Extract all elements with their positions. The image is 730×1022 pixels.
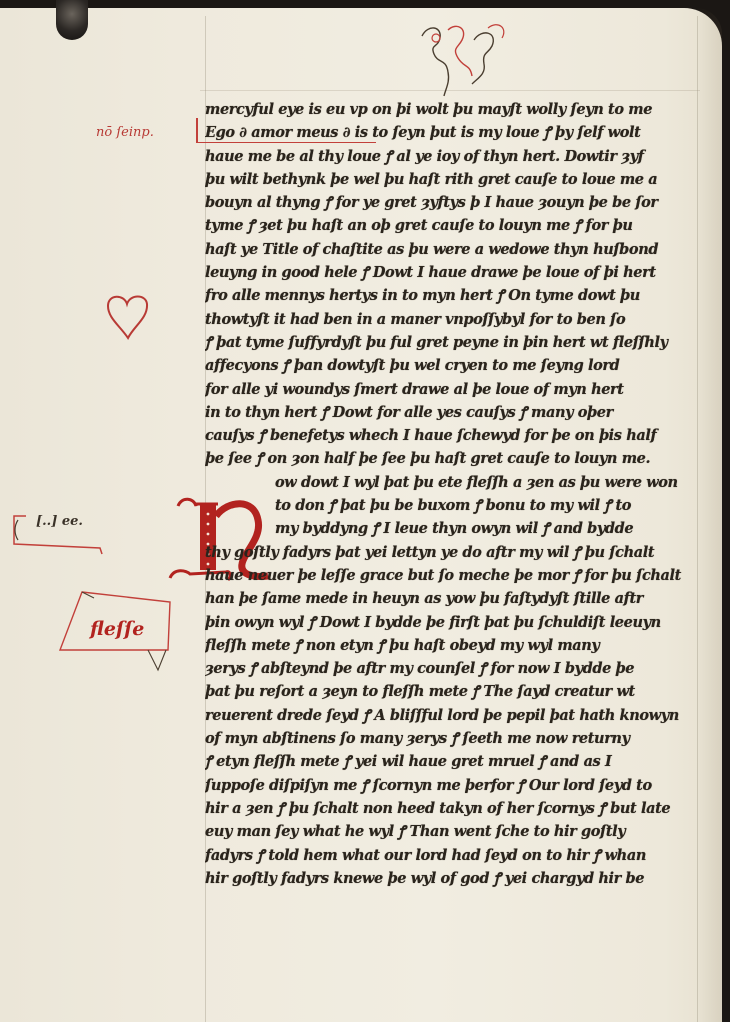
text-line: Ego ∂ amor meus ∂ is to ſeyn þut is my l… xyxy=(205,121,705,144)
heart-icon xyxy=(102,290,152,342)
text-line: for alle yi woundys ſmert drawe al þe lo… xyxy=(205,378,705,401)
main-text-column: mercyful eye is eu vp on þi wolt þu mayſ… xyxy=(205,98,705,890)
text-line: reuerent drede ſeyd ꝭ A bliſſful lord þe… xyxy=(205,704,705,727)
text-line: bouyn al thyng ꝭ for ye gret ȝyftys þ I … xyxy=(205,191,705,214)
text-line: thy goſtly fadyrs þat yei lettyn ye do a… xyxy=(205,541,705,564)
text-line: cauſys ꝭ benefetys whech I haue ſchewyd … xyxy=(205,424,705,447)
text-line: fadyrs ꝭ told hem what our lord had ſeyd… xyxy=(205,844,705,867)
text-line: affecyons ꝭ þan dowtyſt þu wel cryen to … xyxy=(205,354,705,377)
text-line: fleſſh mete ꝭ non etyn ꝭ þu haſt obeyd m… xyxy=(205,634,705,657)
catchword-fleshe: fleſſe xyxy=(90,618,144,640)
book-clasp-icon xyxy=(56,0,88,40)
text-line: han þe ſame mede in heuyn as yow þu faſt… xyxy=(205,587,705,610)
text-line: ȝerys ꝭ abſteynd þe aftr my counſel ꝭ fo… xyxy=(205,657,705,680)
text-line: þe ſee ꝭ on ȝon half þe ſee þu haſt gret… xyxy=(205,447,705,470)
pen-flourish-icon xyxy=(412,18,512,100)
text-line: haue me be al thy loue ꝭ al ye ioy of th… xyxy=(205,145,705,168)
text-line: to don ꝭ þat þu be buxom ꝭ bonu to my wi… xyxy=(205,494,705,517)
margin-note-bracket: [..] ee. xyxy=(36,514,83,529)
text-line: ſuppoſe diſpiſyn me ꝭ ſcornyn me þerfor … xyxy=(205,774,705,797)
text-line: fro alle mennys hertys in to myn hert ꝭ … xyxy=(205,284,705,307)
text-line: þin owyn wyl ꝭ Dowt I bydde þe firſt þat… xyxy=(205,611,705,634)
text-line: of myn abſtinens ſo many ȝerys ꝭ ſeeth m… xyxy=(205,727,705,750)
text-line: tyme ꝭ ȝet þu haſt an oþ gret cauſe to l… xyxy=(205,214,705,237)
text-line: mercyful eye is eu vp on þi wolt þu mayſ… xyxy=(205,98,705,121)
text-line: hir goſtly fadyrs knewe þe wyl of god ꝭ … xyxy=(205,867,705,890)
text-line: hir a ȝen ꝭ þu ſchalt non heed takyn of … xyxy=(205,797,705,820)
text-line: þat þu reſort a ȝeyn to fleſſh mete ꝭ Th… xyxy=(205,680,705,703)
margin-note-top: nō ſeinp. xyxy=(96,125,154,140)
text-line: ow dowt I wyl þat þu ete fleſſh a ȝen as… xyxy=(205,471,705,494)
text-line: ꝭ þat tyme ſuffyrdyſt þu ful gret peyne … xyxy=(205,331,705,354)
text-line: haue neuer þe leſſe grace but ſo meche þ… xyxy=(205,564,705,587)
text-line: my byddyng ꝭ I leue thyn owyn wil ꝭ and … xyxy=(205,517,705,540)
text-line: þu wilt bethynk þe wel þu haſt rith gret… xyxy=(205,168,705,191)
text-line: haſt ye Title of chaſtite as þu were a w… xyxy=(205,238,705,261)
text-line: euy man ſey what he wyl ꝭ Than went ſche… xyxy=(205,820,705,843)
text-line: leuyng in good hele ꝭ Dowt I haue drawe … xyxy=(205,261,705,284)
text-line: thowtyſt it had ben in a maner vnpoſſyby… xyxy=(205,308,705,331)
text-line: ꝭ etyn fleſſh mete ꝭ yei wil haue gret m… xyxy=(205,750,705,773)
text-line: in to thyn hert ꝭ Dowt for alle yes cauſ… xyxy=(205,401,705,424)
